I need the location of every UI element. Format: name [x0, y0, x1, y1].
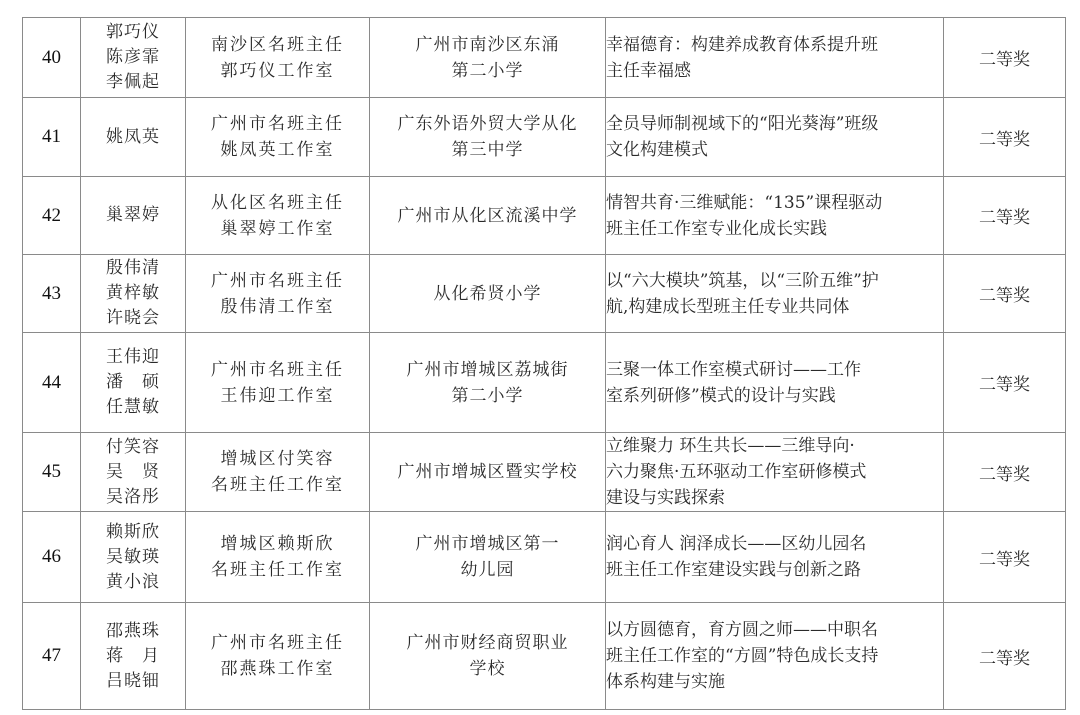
school-name-line: 广州市增城区第一 — [370, 531, 605, 557]
school-name-line: 第三中学 — [370, 137, 605, 163]
table-row: 44王伟迎潘 硕任慧敏广州市名班主任王伟迎工作室广州市增城区荔城街第二小学三聚一… — [23, 333, 1066, 433]
studio-name-line: 广州市名班主任 — [186, 357, 369, 383]
table-row: 43殷伟清黄梓敏许晓会广州市名班主任殷伟清工作室从化希贤小学以“六大模块”筑基，… — [23, 255, 1066, 333]
school-cell: 广州市增城区暨实学校 — [370, 433, 606, 512]
school-name-line: 广州市南沙区东涌 — [370, 32, 605, 58]
school-name-line: 广州市增城区荔城街 — [370, 357, 605, 383]
names-cell: 邵燕珠蒋 月吕晓钿 — [81, 603, 186, 710]
school-name-line: 幼儿园 — [370, 557, 605, 583]
person-name: 姚凤英 — [81, 125, 185, 150]
names-cell: 巢翠婷 — [81, 177, 186, 255]
award-cell: 二等奖 — [944, 603, 1066, 710]
school-name-line: 学校 — [370, 656, 605, 682]
studio-cell: 从化区名班主任巢翠婷工作室 — [186, 177, 370, 255]
person-name: 任慧敏 — [81, 395, 185, 420]
school-name-line: 广东外语外贸大学从化 — [370, 111, 605, 137]
names-cell: 郭巧仪陈彦霏李佩起 — [81, 18, 186, 98]
studio-name-line: 增城区赖斯欣 — [186, 531, 369, 557]
award-cell: 二等奖 — [944, 18, 1066, 98]
row-number-cell: 45 — [23, 433, 81, 512]
person-name: 吴 贤 — [81, 460, 185, 485]
row-number-cell: 47 — [23, 603, 81, 710]
title-cell: 立维聚力 环生共长——三维导向·六力聚焦·五环驱动工作室研修模式建设与实践探索 — [606, 433, 944, 512]
school-cell: 广州市财经商贸职业学校 — [370, 603, 606, 710]
project-title-line: 润心育人 润泽成长——区幼儿园名 — [606, 531, 943, 557]
school-cell: 广州市增城区第一幼儿园 — [370, 512, 606, 603]
project-title-line: 以方圆德育，育方圆之师——中职名 — [606, 617, 943, 643]
person-name: 巢翠婷 — [81, 203, 185, 228]
table-row: 47邵燕珠蒋 月吕晓钿广州市名班主任邵燕珠工作室广州市财经商贸职业学校以方圆德育… — [23, 603, 1066, 710]
awards-table: 40郭巧仪陈彦霏李佩起南沙区名班主任郭巧仪工作室广州市南沙区东涌第二小学幸福德育… — [22, 17, 1066, 710]
project-title-line: 建设与实践探索 — [606, 485, 943, 511]
person-name: 王伟迎 — [81, 345, 185, 370]
row-number-cell: 43 — [23, 255, 81, 333]
names-cell: 姚凤英 — [81, 98, 186, 177]
school-name-line: 广州市增城区暨实学校 — [370, 459, 605, 485]
table-row: 46赖斯欣吴敏瑛黄小浪增城区赖斯欣名班主任工作室广州市增城区第一幼儿园润心育人 … — [23, 512, 1066, 603]
award-cell: 二等奖 — [944, 98, 1066, 177]
table-row: 40郭巧仪陈彦霏李佩起南沙区名班主任郭巧仪工作室广州市南沙区东涌第二小学幸福德育… — [23, 18, 1066, 98]
project-title-line: 幸福德育：构建养成教育体系提升班 — [606, 32, 943, 58]
person-name: 殷伟清 — [81, 256, 185, 281]
studio-name-line: 广州市名班主任 — [186, 268, 369, 294]
project-title-line: 全员导师制视域下的“阳光葵海”班级 — [606, 111, 943, 137]
studio-name-line: 广州市名班主任 — [186, 630, 369, 656]
school-name-line: 第二小学 — [370, 383, 605, 409]
studio-cell: 增城区赖斯欣名班主任工作室 — [186, 512, 370, 603]
person-name: 许晓会 — [81, 306, 185, 331]
title-cell: 全员导师制视域下的“阳光葵海”班级文化构建模式 — [606, 98, 944, 177]
school-cell: 广州市增城区荔城街第二小学 — [370, 333, 606, 433]
title-cell: 情智共育·三维赋能：“135”课程驱动班主任工作室专业化成长实践 — [606, 177, 944, 255]
row-number-cell: 42 — [23, 177, 81, 255]
person-name: 吴洛彤 — [81, 485, 185, 510]
award-cell: 二等奖 — [944, 177, 1066, 255]
school-name-line: 广州市从化区流溪中学 — [370, 203, 605, 229]
project-title-line: 班主任工作室建设实践与创新之路 — [606, 557, 943, 583]
person-name: 潘 硕 — [81, 370, 185, 395]
studio-name-line: 南沙区名班主任 — [186, 32, 369, 58]
person-name: 吴敏瑛 — [81, 545, 185, 570]
studio-cell: 增城区付笑容名班主任工作室 — [186, 433, 370, 512]
studio-name-line: 增城区付笑容 — [186, 446, 369, 472]
person-name: 吕晓钿 — [81, 669, 185, 694]
person-name: 李佩起 — [81, 70, 185, 95]
studio-cell: 广州市名班主任邵燕珠工作室 — [186, 603, 370, 710]
table-row: 45付笑容吴 贤吴洛彤增城区付笑容名班主任工作室广州市增城区暨实学校立维聚力 环… — [23, 433, 1066, 512]
project-title-line: 班主任工作室的“方圆”特色成长支持 — [606, 643, 943, 669]
studio-name-line: 殷伟清工作室 — [186, 294, 369, 320]
studio-name-line: 名班主任工作室 — [186, 557, 369, 583]
project-title-line: 六力聚焦·五环驱动工作室研修模式 — [606, 459, 943, 485]
school-cell: 广东外语外贸大学从化第三中学 — [370, 98, 606, 177]
school-cell: 广州市从化区流溪中学 — [370, 177, 606, 255]
studio-name-line: 名班主任工作室 — [186, 472, 369, 498]
person-name: 赖斯欣 — [81, 520, 185, 545]
project-title-line: 室系列研修”模式的设计与实践 — [606, 383, 943, 409]
person-name: 邵燕珠 — [81, 619, 185, 644]
studio-name-line: 巢翠婷工作室 — [186, 216, 369, 242]
award-cell: 二等奖 — [944, 433, 1066, 512]
studio-cell: 南沙区名班主任郭巧仪工作室 — [186, 18, 370, 98]
project-title-line: 航,构建成长型班主任专业共同体 — [606, 294, 943, 320]
project-title-line: 班主任工作室专业化成长实践 — [606, 216, 943, 242]
project-title-line: 主任幸福感 — [606, 58, 943, 84]
project-title-line: 情智共育·三维赋能：“135”课程驱动 — [606, 190, 943, 216]
title-cell: 三聚一体工作室模式研讨——工作室系列研修”模式的设计与实践 — [606, 333, 944, 433]
project-title-line: 三聚一体工作室模式研讨——工作 — [606, 357, 943, 383]
row-number-cell: 41 — [23, 98, 81, 177]
person-name: 蒋 月 — [81, 644, 185, 669]
title-cell: 幸福德育：构建养成教育体系提升班主任幸福感 — [606, 18, 944, 98]
awards-table-body: 40郭巧仪陈彦霏李佩起南沙区名班主任郭巧仪工作室广州市南沙区东涌第二小学幸福德育… — [23, 18, 1066, 710]
person-name: 黄小浪 — [81, 570, 185, 595]
school-name-line: 第二小学 — [370, 58, 605, 84]
names-cell: 赖斯欣吴敏瑛黄小浪 — [81, 512, 186, 603]
studio-cell: 广州市名班主任殷伟清工作室 — [186, 255, 370, 333]
studio-name-line: 郭巧仪工作室 — [186, 58, 369, 84]
school-cell: 广州市南沙区东涌第二小学 — [370, 18, 606, 98]
school-name-line: 从化希贤小学 — [370, 281, 605, 307]
award-cell: 二等奖 — [944, 333, 1066, 433]
row-number-cell: 40 — [23, 18, 81, 98]
person-name: 郭巧仪 — [81, 20, 185, 45]
school-cell: 从化希贤小学 — [370, 255, 606, 333]
studio-name-line: 邵燕珠工作室 — [186, 656, 369, 682]
names-cell: 王伟迎潘 硕任慧敏 — [81, 333, 186, 433]
title-cell: 以方圆德育，育方圆之师——中职名班主任工作室的“方圆”特色成长支持体系构建与实施 — [606, 603, 944, 710]
row-number-cell: 44 — [23, 333, 81, 433]
person-name: 陈彦霏 — [81, 45, 185, 70]
studio-name-line: 王伟迎工作室 — [186, 383, 369, 409]
table-row: 41姚凤英广州市名班主任姚凤英工作室广东外语外贸大学从化第三中学全员导师制视域下… — [23, 98, 1066, 177]
award-cell: 二等奖 — [944, 255, 1066, 333]
person-name: 付笑容 — [81, 435, 185, 460]
title-cell: 以“六大模块”筑基，以“三阶五维”护航,构建成长型班主任专业共同体 — [606, 255, 944, 333]
row-number-cell: 46 — [23, 512, 81, 603]
school-name-line: 广州市财经商贸职业 — [370, 630, 605, 656]
studio-name-line: 从化区名班主任 — [186, 190, 369, 216]
studio-name-line: 姚凤英工作室 — [186, 137, 369, 163]
studio-cell: 广州市名班主任姚凤英工作室 — [186, 98, 370, 177]
award-cell: 二等奖 — [944, 512, 1066, 603]
project-title-line: 体系构建与实施 — [606, 669, 943, 695]
project-title-line: 以“六大模块”筑基，以“三阶五维”护 — [606, 268, 943, 294]
studio-name-line: 广州市名班主任 — [186, 111, 369, 137]
project-title-line: 文化构建模式 — [606, 137, 943, 163]
names-cell: 殷伟清黄梓敏许晓会 — [81, 255, 186, 333]
project-title-line: 立维聚力 环生共长——三维导向· — [606, 433, 943, 459]
person-name: 黄梓敏 — [81, 281, 185, 306]
title-cell: 润心育人 润泽成长——区幼儿园名班主任工作室建设实践与创新之路 — [606, 512, 944, 603]
names-cell: 付笑容吴 贤吴洛彤 — [81, 433, 186, 512]
studio-cell: 广州市名班主任王伟迎工作室 — [186, 333, 370, 433]
table-row: 42巢翠婷从化区名班主任巢翠婷工作室广州市从化区流溪中学情智共育·三维赋能：“1… — [23, 177, 1066, 255]
